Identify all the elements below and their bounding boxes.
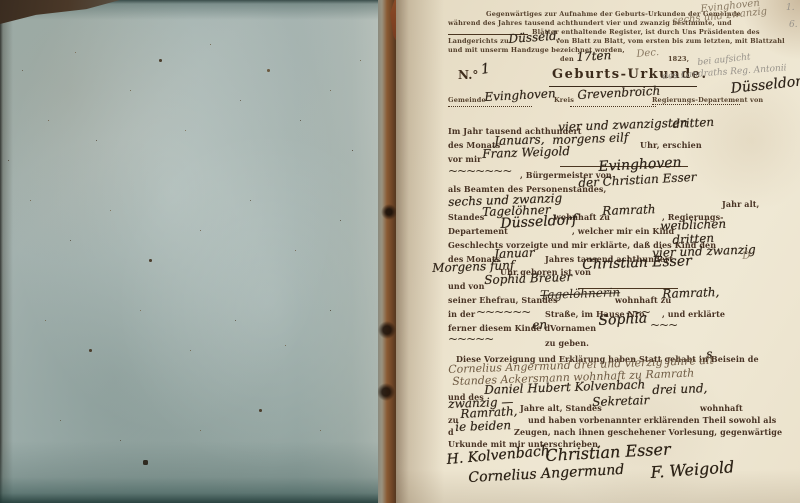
text-run: en [532,317,547,332]
text-run: Zeugen, nach ihnen geschehener Vorlesung… [514,427,782,437]
folio-number: 1. [786,3,795,13]
form-rule [652,104,740,105]
text-run: Landgerichts zu [448,37,509,45]
text-run: ~~~~~~~ [448,164,511,178]
text-run: dritten [672,115,714,131]
form-rule [448,106,532,107]
text-run: Standes [448,212,484,222]
text-run: ~~~~~~ [476,305,530,319]
text-run: 1823, [668,55,689,63]
text-run: ie beiden [455,418,511,434]
text-run: D [742,250,751,262]
book-binding [378,0,398,503]
text-run: Uhr, erschien [640,140,702,150]
text-run: Blätter enthaltende Register, ist durch … [532,28,760,36]
doc-number-label: N.° [458,68,478,82]
text-run: Jahr alt, [722,199,759,209]
text-run: drei und, [652,381,708,397]
form-rule [570,106,656,107]
text-run: von Blatt zu Blatt, vom ersten bis zum l… [556,37,785,45]
text-run: und von [448,281,485,291]
text-run: und haben vorbenannter erklärenden Theil… [528,415,776,425]
text-run: d [448,427,454,437]
text-run: Sekretair [592,393,649,409]
text-run: Gemeinde [448,96,486,104]
text-run: ~~~~~ [448,332,493,346]
left-blank-page [0,0,382,503]
text-run: in der [448,309,475,319]
register-book-photo: Gegenwärtiges zur Aufnahme der Geburts-U… [0,0,800,503]
text-run: Regierungs-Departement von [652,96,763,104]
text-run: zu geben. [545,338,589,348]
text-run: Vornamen [550,323,596,333]
text-run: Ramrath, [662,285,720,301]
text-run: Ramrath [602,202,656,218]
child-sex: weiblichen [660,217,726,233]
text-run: wohnhaft [700,403,743,413]
text-run: Departement [448,226,508,236]
text-run: , welcher mir ein Kind [572,226,674,236]
child-name: Sophia [598,310,648,329]
text-run: Kreis [554,96,574,104]
text-run: 6. [789,20,798,30]
text-run: ~~~ [650,318,677,332]
text-run: Dec. [636,47,660,60]
text-run: vor mir [448,154,481,164]
text-run: Jahre alt, Standes [520,403,602,413]
text-run: Tagelöhnerin [540,285,620,302]
text-run: 17ten [576,48,612,64]
doc-number: 1 [480,61,491,78]
text-run: den [560,55,574,63]
